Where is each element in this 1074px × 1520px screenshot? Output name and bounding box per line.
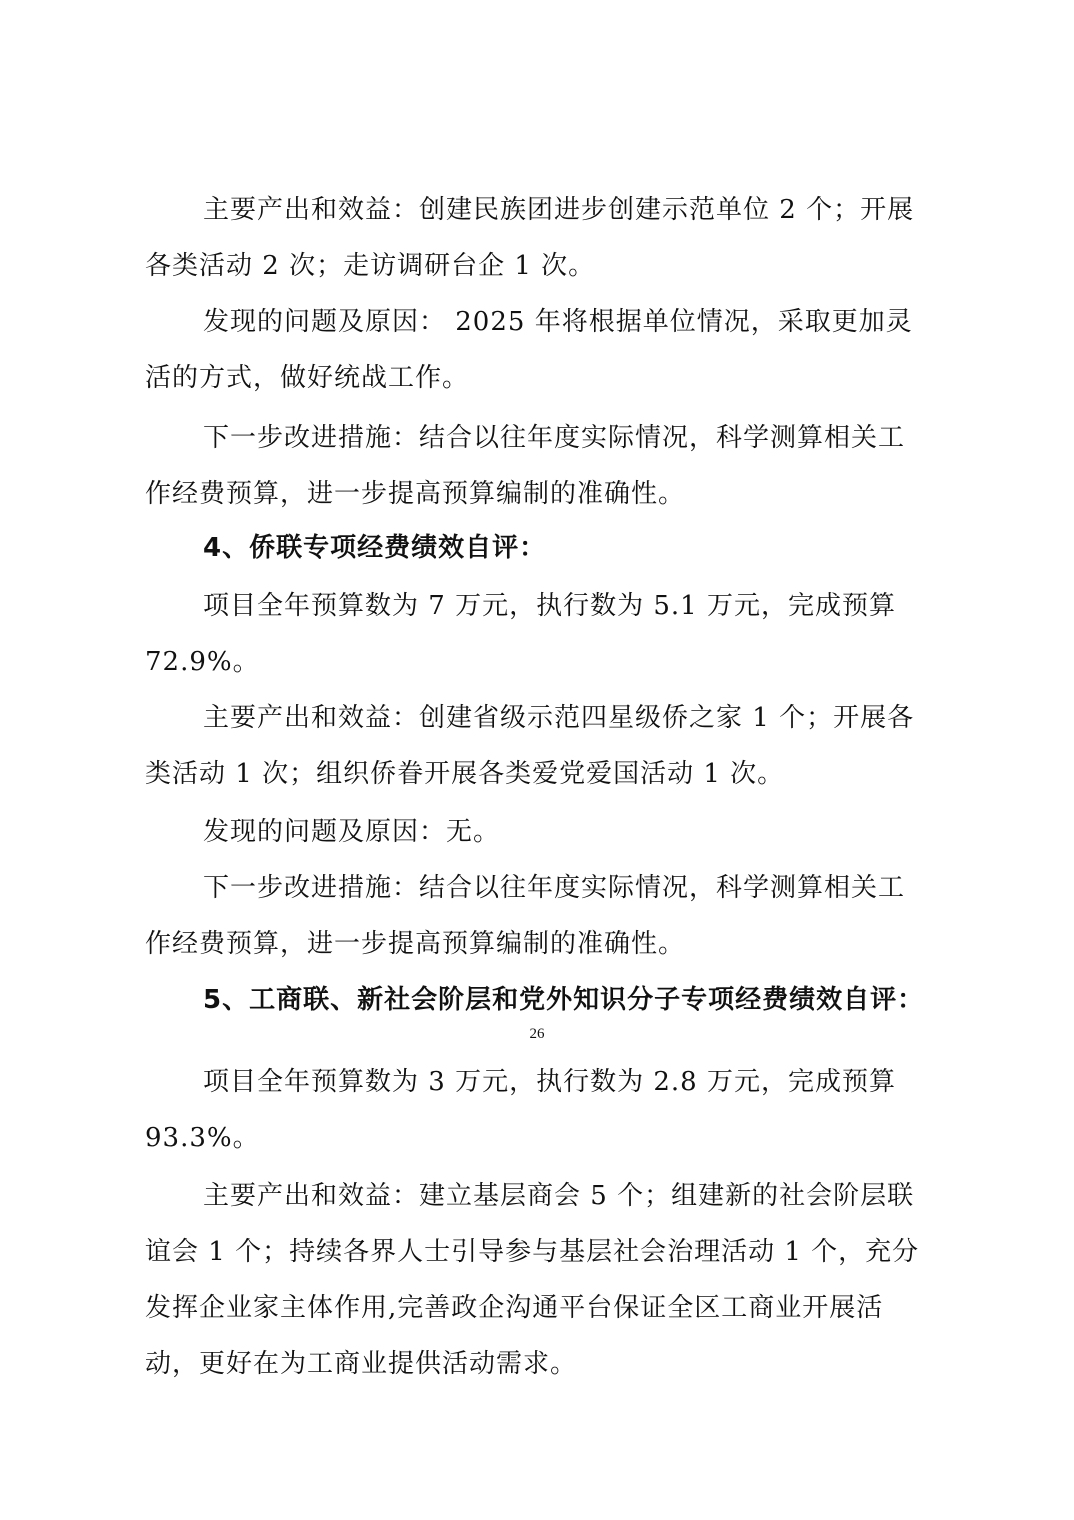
- paragraph-line: 项目全年预算数为 7 万元，执行数为 5.1 万元，完成预算: [203, 588, 1003, 624]
- paragraph-line: 93.3%。: [145, 1120, 945, 1156]
- paragraph-line: 下一步改进措施：结合以往年度实际情况，科学测算相关工: [203, 870, 1003, 906]
- paragraph-line: 发现的问题及原因：无。: [203, 814, 1003, 850]
- paragraph-line: 主要产出和效益：建立基层商会 5 个；组建新的社会阶层联: [203, 1178, 1003, 1214]
- paragraph-line: 动，更好在为工商业提供活动需求。: [145, 1346, 945, 1382]
- paragraph-line: 作经费预算，进一步提高预算编制的准确性。: [145, 926, 945, 962]
- paragraph-line: 作经费预算，进一步提高预算编制的准确性。: [145, 476, 945, 512]
- paragraph-line: 谊会 1 个；持续各界人士引导参与基层社会治理活动 1 个，充分: [145, 1234, 945, 1270]
- paragraph-line: 类活动 1 次；组织侨眷开展各类爱党爱国活动 1 次。: [145, 756, 945, 792]
- paragraph-line: 主要产出和效益：创建民族团进步创建示范单位 2 个；开展: [203, 192, 1003, 228]
- paragraph-line: 发挥企业家主体作用,完善政企沟通平台保证全区工商业开展活: [145, 1290, 945, 1326]
- paragraph-line: 各类活动 2 次；走访调研台企 1 次。: [145, 248, 945, 284]
- section-heading-4: 4、侨联专项经费绩效自评：: [203, 530, 1003, 566]
- paragraph-line: 项目全年预算数为 3 万元，执行数为 2.8 万元，完成预算: [203, 1064, 1003, 1100]
- paragraph-line: 72.9%。: [145, 644, 945, 680]
- page-number: 26: [0, 1026, 1074, 1043]
- paragraph-line: 活的方式，做好统战工作。: [145, 360, 945, 396]
- paragraph-line: 下一步改进措施：结合以往年度实际情况，科学测算相关工: [203, 420, 1003, 456]
- paragraph-line: 发现的问题及原因： 2025 年将根据单位情况，采取更加灵: [203, 304, 1003, 340]
- paragraph-line: 主要产出和效益：创建省级示范四星级侨之家 1 个；开展各: [203, 700, 1003, 736]
- section-heading-5: 5、工商联、新社会阶层和党外知识分子专项经费绩效自评：: [203, 982, 1003, 1018]
- document-page: 主要产出和效益：创建民族团进步创建示范单位 2 个；开展 各类活动 2 次；走访…: [0, 0, 1074, 1520]
